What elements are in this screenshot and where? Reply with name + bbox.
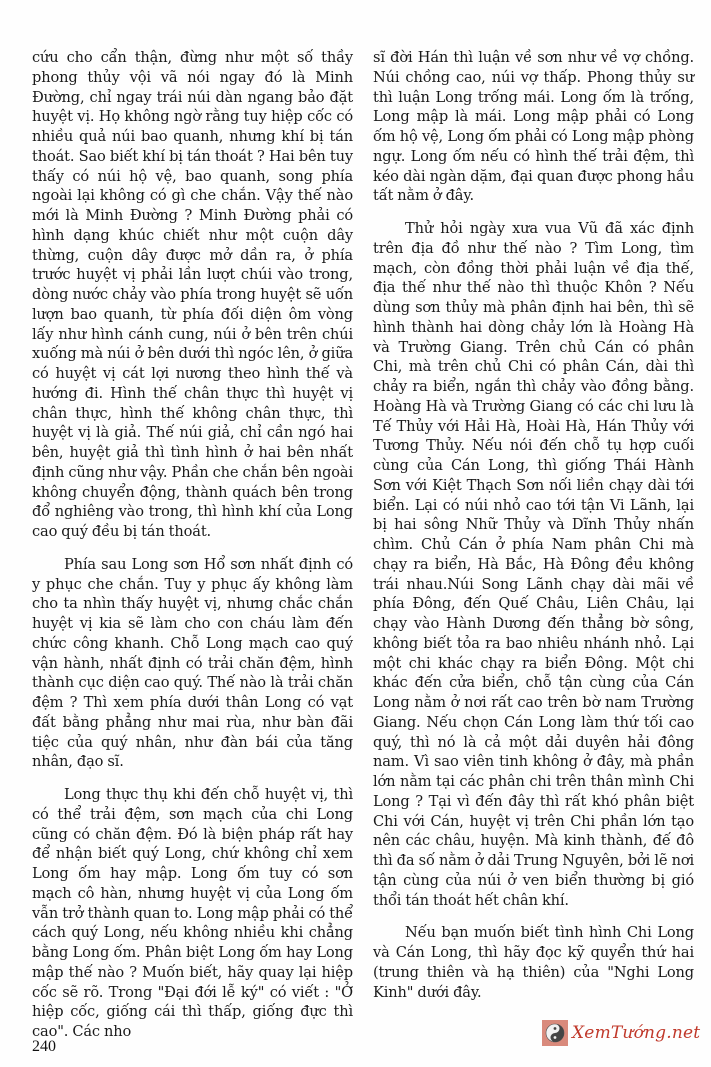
paragraph: Nếu bạn muốn biết tình hình Chi Long và …: [373, 923, 694, 1002]
paragraph: Thử hỏi ngày xưa vua Vũ đã xác định trên…: [373, 219, 694, 910]
left-text-column: cứu cho cẩn thận, đừng như một số thầy p…: [32, 48, 353, 1055]
yin-yang-icon: [542, 1020, 568, 1046]
watermark-text: XemTướng.net: [572, 1023, 700, 1043]
page-number: 240: [32, 1038, 56, 1056]
watermark-logo: XemTướng.net: [542, 1020, 700, 1046]
paragraph: sĩ đời Hán thì luận về sơn như về vợ chồ…: [373, 48, 694, 206]
right-text-column: sĩ đời Hán thì luận về sơn như về vợ chồ…: [373, 48, 694, 1015]
book-page: cứu cho cẩn thận, đừng như một số thầy p…: [0, 0, 711, 1067]
paragraph: cứu cho cẩn thận, đừng như một số thầy p…: [32, 48, 353, 542]
paragraph: Long thực thụ khi đến chỗ huyệt vị, thì …: [32, 785, 353, 1042]
paragraph: Phía sau Long sơn Hổ sơn nhất định có y …: [32, 555, 353, 772]
